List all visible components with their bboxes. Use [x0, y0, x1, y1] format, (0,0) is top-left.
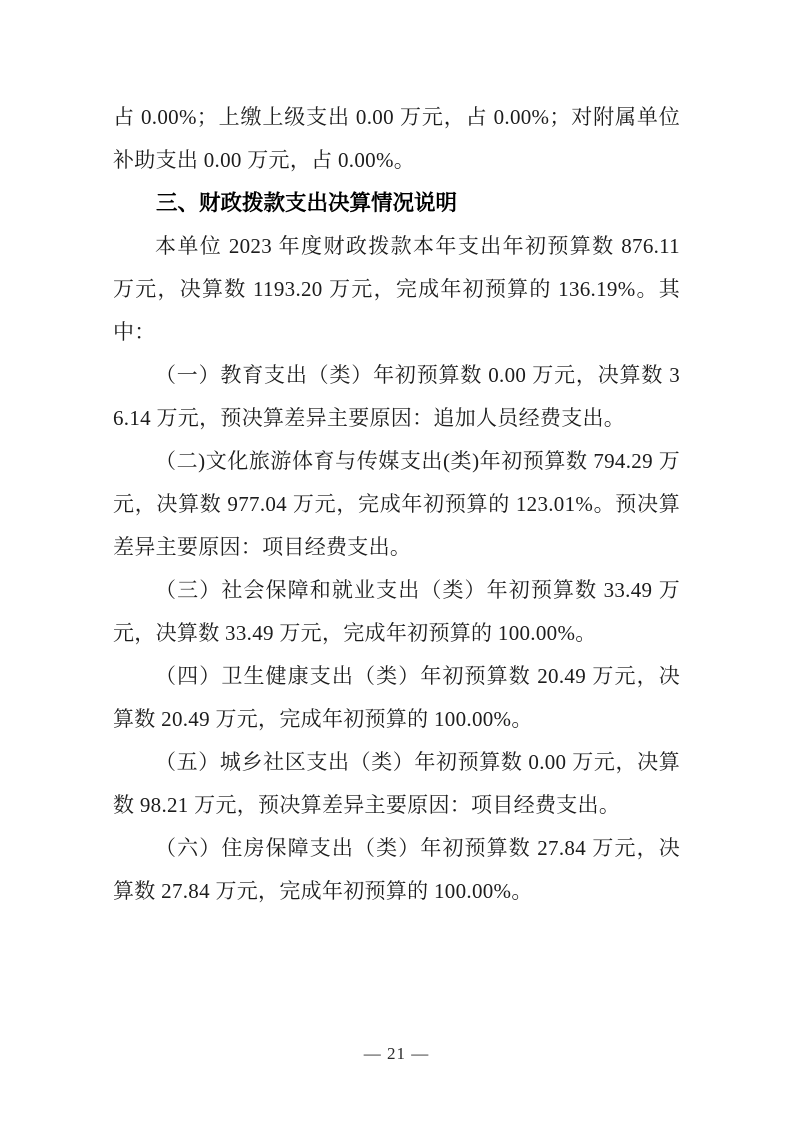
body-paragraph: （一）教育支出（类）年初预算数 0.00 万元，决算数 36.14 万元，预决算… — [113, 354, 680, 440]
document-body: 占 0.00%；上缴上级支出 0.00 万元，占 0.00%；对附属单位补助支出… — [113, 96, 680, 913]
section-heading: 三、财政拨款支出决算情况说明 — [113, 182, 680, 225]
body-paragraph: （三）社会保障和就业支出（类）年初预算数 33.49 万元，决算数 33.49 … — [113, 569, 680, 655]
body-paragraph: （二)文化旅游体育与传媒支出(类)年初预算数 794.29 万元，决算数 977… — [113, 440, 680, 569]
document-page: 占 0.00%；上缴上级支出 0.00 万元，占 0.00%；对附属单位补助支出… — [0, 0, 793, 1122]
body-paragraph: （六）住房保障支出（类）年初预算数 27.84 万元，决算数 27.84 万元，… — [113, 827, 680, 913]
body-paragraph: （五）城乡社区支出（类）年初预算数 0.00 万元，决算数 98.21 万元，预… — [113, 741, 680, 827]
body-paragraph: （四）卫生健康支出（类）年初预算数 20.49 万元，决算数 20.49 万元，… — [113, 655, 680, 741]
body-paragraph: 本单位 2023 年度财政拨款本年支出年初预算数 876.11 万元，决算数 1… — [113, 225, 680, 354]
paragraph-continuation: 占 0.00%；上缴上级支出 0.00 万元，占 0.00%；对附属单位补助支出… — [113, 96, 680, 182]
page-number: — 21 — — [0, 1044, 793, 1064]
